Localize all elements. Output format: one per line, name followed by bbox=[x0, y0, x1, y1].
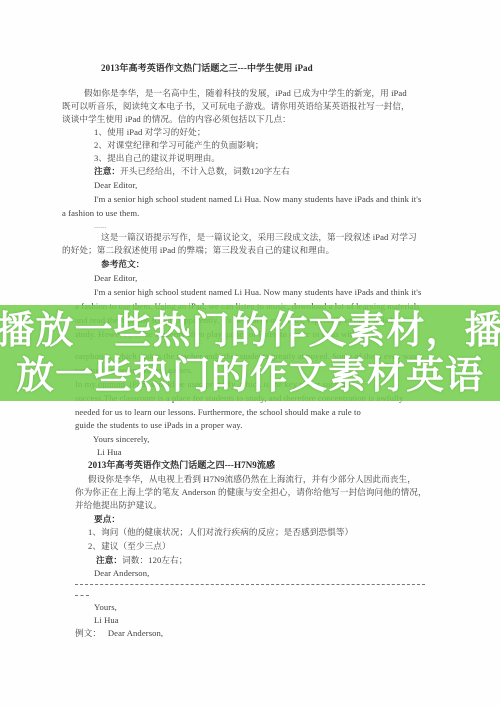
topic3-point: 2、对课堂纪律和学习可能产生的负面影响； bbox=[94, 140, 264, 151]
topic4-title: 2013年高考英语作文热门话题之四---H7N9流感 bbox=[88, 460, 275, 471]
note-text: 词数：120左右； bbox=[122, 555, 187, 565]
sample-salutation: Dear Editor, bbox=[94, 273, 137, 284]
sample-line: needed for us to learn our lessons. Furt… bbox=[75, 407, 361, 418]
key-points-label: 要点： bbox=[94, 514, 120, 525]
example-label: 例文： bbox=[75, 628, 101, 638]
topic4-prompt-line: 你为你正在上海上学的笔友 Anderson 的健康与安全担心，请你给他写一封信询… bbox=[75, 487, 427, 498]
topic3-analysis-line: 这是一篇汉语提示写作，是一篇议论文，采用三段成文法，第一段叙述 iPad 对学习 bbox=[101, 232, 417, 243]
topic4-point: 1、询问（他的健康状况；人们对流行疾病的反应；是否感到恐惧等） bbox=[88, 527, 353, 538]
writing-line bbox=[75, 584, 425, 585]
sample-essay-label: 参考范文： bbox=[101, 259, 144, 270]
note-label: 注意： bbox=[96, 555, 122, 565]
topic4-closing: Yours, bbox=[94, 602, 117, 613]
banner-line-2: 放一些热门的作文素材英语 bbox=[16, 353, 484, 398]
topic3-point: 1、使用 iPad 对学习的好处； bbox=[94, 127, 206, 138]
signature: Li Hua bbox=[97, 447, 122, 458]
topic3-opening-line: I'm a senior high school student named L… bbox=[94, 194, 421, 205]
topic3-note: 注意：开头已经给出，不计入总数，词数120字左右 bbox=[94, 166, 290, 177]
topic3-prompt-line: 谈谈中学生使用 iPad 的情况。信的内容必须包括以下几点： bbox=[62, 114, 291, 125]
writing-line bbox=[75, 595, 89, 596]
topic3-opening-line: a fashion to use them. bbox=[62, 208, 139, 219]
example-line: 例文： Dear Anderson, bbox=[75, 628, 163, 639]
sample-line: I'm a senior high school student named L… bbox=[94, 287, 421, 298]
topic4-prompt-line: 并给他提出防护建议。 bbox=[75, 500, 162, 511]
topic3-analysis-line: 的好处；第二段叙述使用 iPad 的弊端；第三段发表自己的建议和理由。 bbox=[62, 245, 334, 256]
topic3-point: 3、提出自己的建议并说明理由。 bbox=[94, 153, 220, 164]
topic3-salutation: Dear Editor, bbox=[94, 180, 137, 191]
note-text: 开头已经给出，不计入总数，词数120字左右 bbox=[120, 166, 290, 176]
topic3-prompt-line: 既可以听音乐，阅读纯文本电子书，又可玩电子游戏。请你用英语给某英语报社写一封信， bbox=[62, 101, 410, 112]
topic4-salutation: Dear Anderson, bbox=[94, 568, 149, 579]
topic3-prompt-line: 假如你是李华，是一名高中生，随着科技的发展，iPad 已成为中学生的新宠，用 i… bbox=[84, 88, 407, 99]
banner-title: 播放一些热门的作文素材，播 放一些热门的作文素材英语 bbox=[0, 305, 500, 401]
note-label: 注意： bbox=[94, 166, 120, 176]
topic4-point: 2、建议（至少三点） bbox=[88, 541, 171, 552]
sample-line: guide the students to use iPads in a pro… bbox=[75, 420, 243, 431]
example-salutation: Dear Anderson, bbox=[108, 628, 163, 638]
closing: Yours sincerely, bbox=[93, 434, 150, 445]
topic4-prompt-line: 假设你是李华，从电视上看到 H7N9流感仍然在上海流行，并有少部分人因此而丧生， bbox=[88, 474, 416, 485]
banner-line-1: 播放一些热门的作文素材，播 bbox=[0, 308, 500, 353]
topic4-note: 注意：词数：120左右； bbox=[96, 555, 187, 566]
topic3-title: 2013年高考英语作文热门话题之三---中学生使用 iPad bbox=[101, 63, 313, 74]
topic4-signature: Li Hua bbox=[94, 615, 119, 626]
